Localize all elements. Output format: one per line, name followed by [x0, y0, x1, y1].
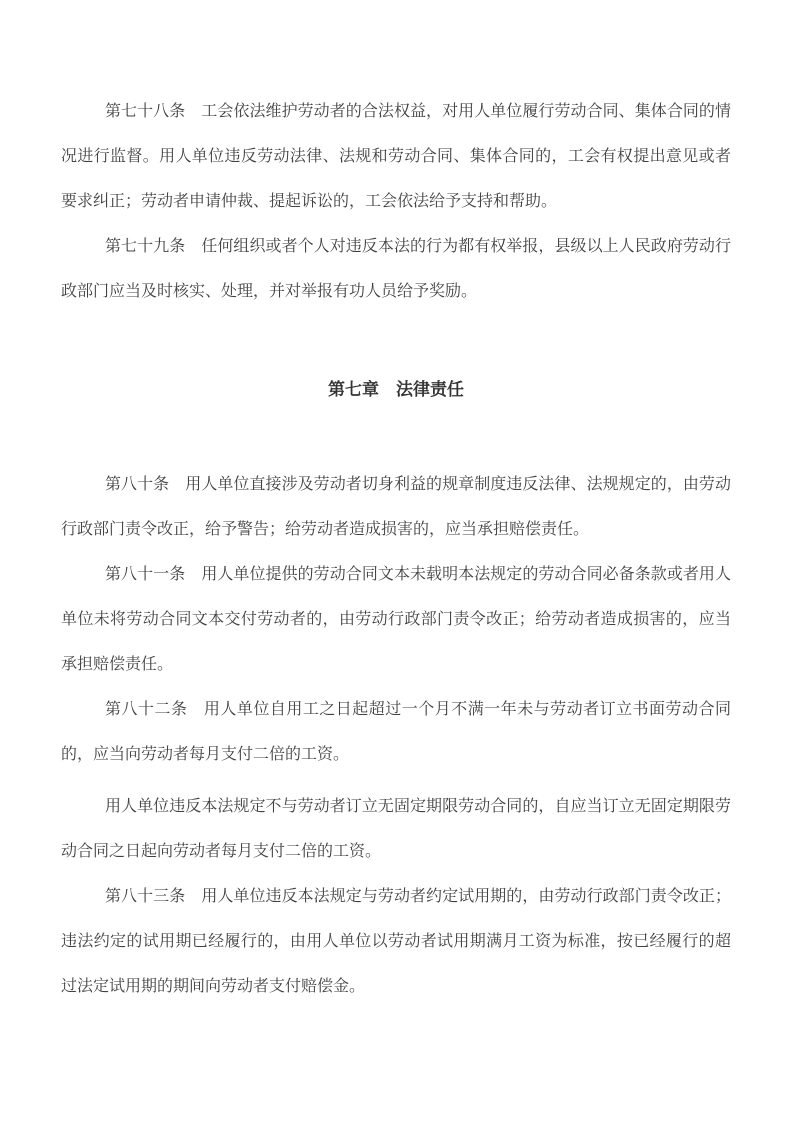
- article-83-paragraph: 第八十三条 用人单位违反本法规定与劳动者约定试用期的，由劳动行政部门责令改正；违…: [61, 874, 731, 1009]
- article-82-paragraph-1: 第八十二条 用人单位自用工之日起超过一个月不满一年未与劳动者订立书面劳动合同的，…: [61, 687, 731, 777]
- article-80-paragraph: 第八十条 用人单位直接涉及劳动者切身利益的规章制度违反法律、法规规定的，由劳动行…: [61, 462, 731, 552]
- article-82-paragraph-2: 用人单位违反本法规定不与劳动者订立无固定期限劳动合同的，自应当订立无固定期限劳动…: [61, 784, 731, 874]
- article-81-paragraph: 第八十一条 用人单位提供的劳动合同文本未载明本法规定的劳动合同必备条款或者用人单…: [61, 552, 731, 687]
- chapter-heading: 第七章 法律责任: [61, 367, 731, 412]
- document-page: 第七十八条 工会依法维护劳动者的合法权益，对用人单位履行劳动合同、集体合同的情况…: [0, 0, 793, 1122]
- article-78-paragraph: 第七十八条 工会依法维护劳动者的合法权益，对用人单位履行劳动合同、集体合同的情况…: [61, 89, 731, 224]
- article-79-paragraph: 第七十九条 任何组织或者个人对违反本法的行为都有权举报，县级以上人民政府劳动行政…: [61, 224, 731, 314]
